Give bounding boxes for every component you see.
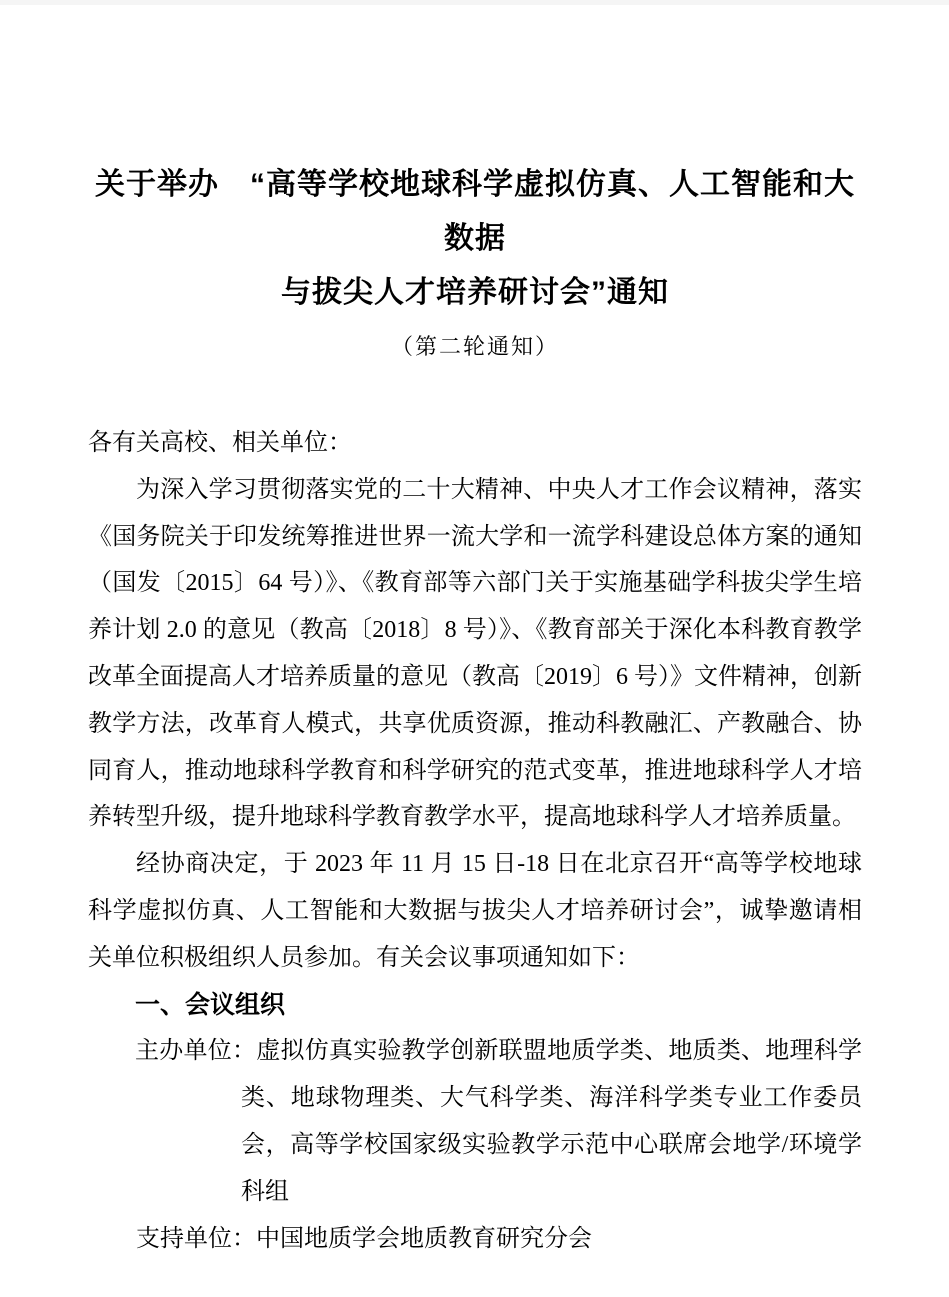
document-title: 关于举办 “高等学校地球科学虚拟仿真、人工智能和大数据 与拔尖人才培养研讨会”通…: [88, 158, 862, 320]
document-subtitle: （第二轮通知）: [88, 329, 862, 365]
document-title-line-2: 与拔尖人才培养研讨会”通知: [88, 266, 862, 320]
document-page: 关于举办 “高等学校地球科学虚拟仿真、人工智能和大数据 与拔尖人才培养研讨会”通…: [0, 0, 949, 1297]
host-organizations-label: 主办单位：: [135, 1038, 256, 1064]
host-organizations-value: 虚拟仿真实验教学创新联盟地质学类、地质类、地理科学类、地球物理类、大气科学类、海…: [241, 1038, 862, 1204]
host-organizations-line: 主办单位：虚拟仿真实验教学创新联盟地质学类、地质类、地理科学类、地球物理类、大气…: [88, 1028, 862, 1215]
supporting-organization-label: 支持单位：: [136, 1226, 256, 1252]
body-paragraph-1: 为深入学习贯彻落实党的二十大精神、中央人才工作会议精神，落实《国务院关于印发统筹…: [88, 467, 862, 841]
document-title-line-1: 关于举办 “高等学校地球科学虚拟仿真、人工智能和大数据: [88, 158, 862, 266]
section-heading-meeting-organization: 一、会议组织: [88, 982, 862, 1029]
supporting-organization-value: 中国地质学会地质教育研究分会: [256, 1226, 592, 1252]
document-body: 各有关高校、相关单位： 为深入学习贯彻落实党的二十大精神、中央人才工作会议精神，…: [88, 420, 862, 1262]
supporting-organization-line: 支持单位：中国地质学会地质教育研究分会: [88, 1216, 862, 1263]
body-paragraph-2: 经协商决定，于 2023 年 11 月 15 日-18 日在北京召开“高等学校地…: [88, 841, 862, 981]
salutation-line: 各有关高校、相关单位：: [88, 420, 862, 467]
